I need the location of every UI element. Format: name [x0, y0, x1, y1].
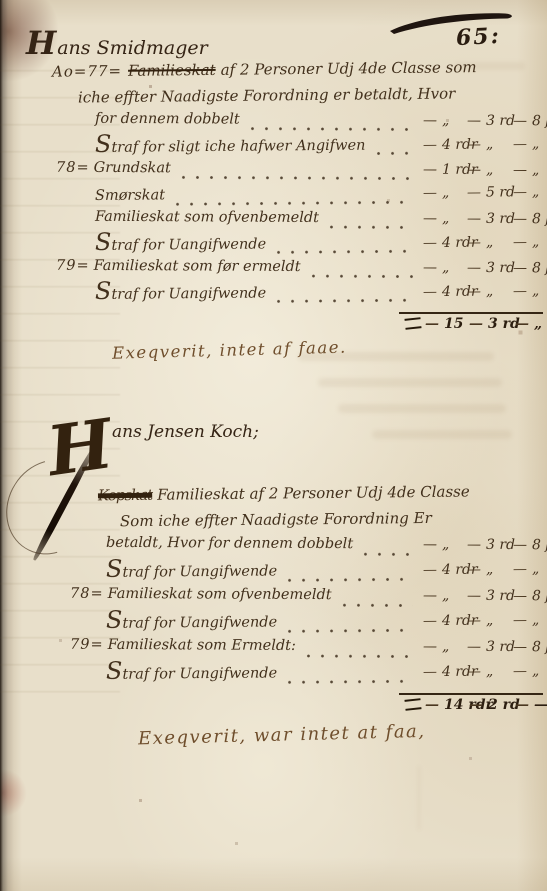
- ledger-row: 78=Familieskat som ofvenbemeldt„3 rd8 ß: [70, 586, 547, 614]
- ledger-row: 78=Grundskat1 rdr„„: [56, 160, 547, 187]
- flourished-letter: S: [106, 656, 123, 684]
- amount-columns: 1 rdr„„: [421, 162, 541, 179]
- entry-name-initial: H: [26, 24, 57, 62]
- intro-line: iche effter Naadigste Forordning er beta…: [78, 84, 547, 115]
- dotted-leader: [276, 294, 413, 305]
- total-amount-cell: 3 rd: [467, 316, 513, 332]
- dotted-leader: [287, 573, 413, 584]
- ledger-row: Straf for Uangifwende4 rdr„„: [95, 282, 547, 310]
- amount-columns: 4 rdr„„: [421, 561, 541, 578]
- flourished-letter: S: [95, 129, 112, 157]
- amount-cell: 8 ß: [511, 588, 541, 604]
- amount-cell: „: [421, 113, 465, 129]
- dotted-leader: [181, 172, 413, 183]
- amount-cell: „: [511, 283, 541, 299]
- intro-text: Som iche effter Naadigste Forordning Er: [120, 509, 432, 530]
- ledger-row: 79=Familieskat som Ermeldt:„3 rd8 ß: [70, 637, 547, 665]
- amount-cell: 3 rd: [465, 537, 511, 553]
- amount-cell: „: [421, 260, 465, 276]
- amount-cell: 8 ß: [511, 537, 541, 553]
- ledger-row: for dennem dobbelt„3 rd8 ß: [95, 111, 547, 138]
- year-prefix: 78=: [56, 160, 90, 176]
- amount-cell: „: [421, 639, 465, 655]
- ledger-row: Straf for Uangifwende4 rdr„„: [95, 233, 547, 261]
- intro-line: Som iche effter Naadigste Forordning Er: [120, 508, 547, 538]
- row-label: Familieskat som ofvenbemeldt: [95, 209, 319, 226]
- paper-crease: [418, 766, 420, 830]
- dotted-leader: [287, 624, 413, 635]
- year-prefix: 79=: [56, 258, 90, 274]
- amount-cell: „: [511, 136, 541, 152]
- amount-columns: 4 rdr„„: [421, 283, 541, 300]
- amount-cell: 4 rdr: [421, 561, 465, 577]
- amount-cell: „: [465, 234, 511, 250]
- amount-cell: 3 rd: [465, 588, 511, 604]
- row-label: Straf for sligt iche hafwer Angifwen: [95, 136, 366, 155]
- amount-cell: „: [465, 663, 511, 679]
- amount-cell: „: [511, 561, 541, 577]
- total-row: 153 rd„: [0, 312, 543, 332]
- amount-cell: „: [465, 136, 511, 152]
- amount-cell: „: [511, 184, 541, 200]
- intro-text: Familieskat af 2 Personer Udj 4de Classe: [157, 482, 470, 503]
- amount-cell: 4 rdr: [421, 612, 465, 628]
- row-label: Straf for Uangifwende: [106, 664, 277, 682]
- amount-cell: 4 rdr: [421, 663, 465, 679]
- entry-name: Hans Jensen Koch;: [112, 422, 547, 484]
- amount-cell: 8 ß: [511, 211, 541, 227]
- dotted-leader: [250, 123, 413, 134]
- year-prefix: 78=: [70, 586, 104, 602]
- dotted-leader: [287, 675, 413, 686]
- amount-cell: 3 rd: [465, 211, 511, 227]
- amount-cell: 8 ß: [511, 113, 541, 129]
- dotted-leader: [276, 245, 413, 256]
- amount-cell: 1 rdr: [421, 162, 465, 178]
- ledger-row: Straf for Uangifwende4 rdr„„: [106, 560, 547, 589]
- amount-cell: 5 rd: [465, 184, 511, 200]
- struck-word: Kopskat: [98, 486, 152, 505]
- amount-cell: „: [421, 588, 465, 604]
- row-label: Familieskat som ofvenbemeldt: [108, 586, 332, 603]
- amount-columns: „3 rd8 ß: [421, 260, 541, 277]
- row-label: Grundskat: [94, 160, 171, 176]
- amount-columns: 4 rdr„„: [421, 612, 541, 629]
- amount-columns: „3 rd8 ß: [421, 113, 541, 130]
- amount-columns: „3 rd8 ß: [421, 588, 541, 605]
- dotted-leader: [329, 222, 413, 232]
- amount-cell: 4 rdr: [421, 136, 465, 152]
- dotted-leader: [363, 549, 413, 559]
- row-label: Familieskat som Ermeldt:: [108, 637, 296, 654]
- total-amount-cell: „: [513, 316, 543, 332]
- total-amount-cell: 15: [423, 316, 467, 332]
- amount-cell: 8 ß: [511, 639, 541, 655]
- amount-cell: 4 rdr: [421, 234, 465, 250]
- amount-columns: „5 rd„: [421, 184, 541, 201]
- entry-name: Hans Smidmager: [26, 24, 547, 60]
- amount-cell: „: [421, 211, 465, 227]
- amount-cell: 3 rd: [465, 113, 511, 129]
- amount-cell: 8 ß: [511, 260, 541, 276]
- row-label: Smørskat: [95, 187, 165, 204]
- row-label: for dennem dobbelt: [95, 111, 240, 128]
- flourished-letter: S: [95, 276, 112, 304]
- ledger-row: Straf for Uangifwende4 rdr„„: [106, 662, 547, 691]
- total-row: 14 rdr2 rd—: [0, 693, 543, 713]
- amount-cell: „: [511, 663, 541, 679]
- total-amount-columns: 14 rdr2 rd—: [423, 697, 543, 713]
- double-equals-mark: [404, 698, 421, 711]
- dotted-leader: [175, 196, 413, 208]
- amount-columns: 4 rdr„„: [421, 234, 541, 251]
- dotted-leader: [306, 650, 413, 661]
- total-amount-cell: —: [513, 697, 543, 713]
- row-label: Straf for Uangifwende: [95, 235, 266, 253]
- ledger-row: 79=Familieskat som før ermeldt„3 rd8 ß: [56, 258, 547, 285]
- row-label: Straf for Uangifwende: [106, 613, 277, 631]
- total-amount-cell: 2 rd: [467, 697, 513, 713]
- ink-show-through: [338, 404, 506, 413]
- amount-cell: „: [511, 162, 541, 178]
- amount-cell: 4 rdr: [421, 283, 465, 299]
- dotted-leader: [342, 600, 413, 610]
- amount-cell: „: [421, 184, 465, 200]
- total-amount-columns: 153 rd„: [423, 316, 543, 332]
- amount-columns: „3 rd8 ß: [421, 211, 541, 228]
- row-label: Familieskat som før ermeldt: [94, 258, 301, 275]
- double-equals-mark: [404, 317, 421, 330]
- amount-cell: „: [511, 234, 541, 250]
- dotted-leader: [311, 271, 413, 282]
- ledger-entry-hans-jensen-koch: Hans Jensen Koch;KopskatFamilieskat af 2…: [0, 422, 547, 744]
- flourished-letter: S: [95, 227, 112, 255]
- intro-text: af 2 Personer Udj 4de Classe som: [221, 58, 477, 79]
- year-prefix: 79=: [70, 637, 104, 653]
- flourished-letter: S: [106, 554, 123, 582]
- ledger-row: Familieskat som ofvenbemeldt„3 rd8 ß: [95, 209, 547, 236]
- entry-name-rest: ans Jensen Koch;: [112, 422, 259, 442]
- entry-name-rest: ans Smidmager: [57, 37, 207, 59]
- total-amount-cell: 14 rdr: [423, 697, 467, 713]
- ink-show-through: [318, 378, 502, 387]
- manuscript-page: 65: Hans SmidmagerAo=77=Familieskataf 2 …: [0, 0, 547, 891]
- amount-cell: „: [465, 283, 511, 299]
- amount-cell: „: [465, 162, 511, 178]
- ledger-entry-hans-smidmager: Hans SmidmagerAo=77=Familieskataf 2 Pers…: [0, 24, 547, 357]
- paper-specks: [0, 0, 1, 1]
- row-label: Straf for Uangifwende: [106, 562, 277, 580]
- row-label: Straf for Uangifwende: [95, 284, 266, 302]
- dotted-leader: [376, 147, 414, 157]
- year-prefix: Ao=77=: [52, 62, 122, 81]
- execution-note: Exeqverit, war intet at faa,: [138, 718, 547, 750]
- ledger-row: Straf for Uangifwende4 rdr„„: [106, 611, 547, 640]
- amount-columns: „3 rd8 ß: [421, 536, 541, 553]
- amount-cell: „: [421, 536, 465, 552]
- flourished-letter: S: [106, 605, 123, 633]
- amount-cell: „: [511, 612, 541, 628]
- amount-columns: 4 rdr„„: [421, 663, 541, 680]
- intro-text: iche effter Naadigste Forordning er beta…: [78, 85, 455, 107]
- struck-word: Familieskat: [128, 61, 216, 80]
- ledger-row: Smørskat„5 rd„: [95, 184, 547, 212]
- amount-cell: 3 rd: [465, 260, 511, 276]
- amount-columns: 4 rdr„„: [421, 136, 541, 153]
- amount-cell: 3 rd: [465, 639, 511, 655]
- ledger-row: Straf for sligt iche hafwer Angifwen4 rd…: [95, 135, 547, 163]
- ledger-row: betaldt, Hvor for dennem dobbelt„3 rd8 ß: [106, 535, 547, 563]
- amount-cell: „: [465, 561, 511, 577]
- amount-cell: „: [465, 612, 511, 628]
- entry-name-initial: H: [43, 404, 119, 492]
- row-label: betaldt, Hvor for dennem dobbelt: [106, 535, 353, 552]
- amount-columns: „3 rd8 ß: [421, 639, 541, 656]
